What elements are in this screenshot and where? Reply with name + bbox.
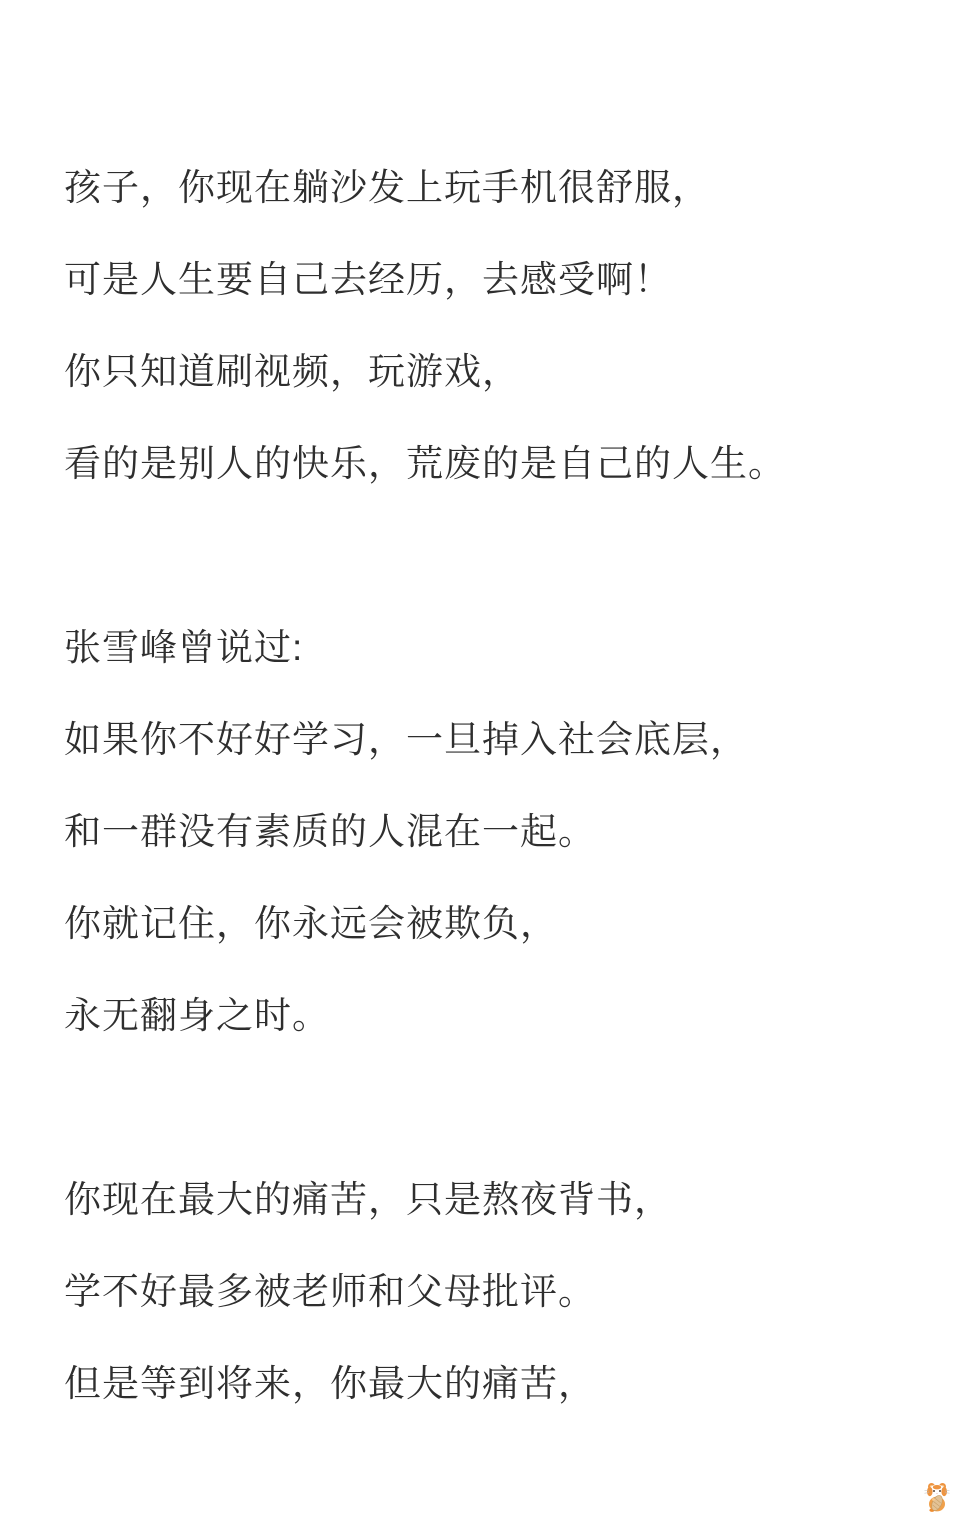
- text-line: 如果你不好好学习，一旦掉入社会底层，: [64, 694, 930, 786]
- text-line: 看的是别人的快乐，荒废的是自己的人生。: [64, 418, 930, 510]
- text-line: 你就记住，你永远会被欺负，: [64, 878, 930, 970]
- paragraph-3: 你现在最大的痛苦，只是熬夜背书， 学不好最多被老师和父母批评。 但是等到将来，你…: [64, 1154, 930, 1430]
- article-body: 孩子，你现在躺沙发上玩手机很舒服， 可是人生要自己去经历，去感受啊！ 你只知道刷…: [64, 142, 930, 1430]
- hamster-sticker-icon: [923, 1482, 951, 1512]
- paragraph-2: 张雪峰曾说过: 如果你不好好学习，一旦掉入社会底层， 和一群没有素质的人混在一起…: [64, 602, 930, 1062]
- text-line: 学不好最多被老师和父母批评。: [64, 1246, 930, 1338]
- text-line: 你现在最大的痛苦，只是熬夜背书，: [64, 1154, 930, 1246]
- text-line: 但是等到将来，你最大的痛苦，: [64, 1338, 930, 1430]
- text-line: 可是人生要自己去经历，去感受啊！: [64, 234, 930, 326]
- page: 孩子，你现在躺沙发上玩手机很舒服， 可是人生要自己去经历，去感受啊！ 你只知道刷…: [0, 0, 960, 1519]
- text-line: 孩子，你现在躺沙发上玩手机很舒服，: [64, 142, 930, 234]
- text-line: 和一群没有素质的人混在一起。: [64, 786, 930, 878]
- text-line: 张雪峰曾说过:: [64, 602, 930, 694]
- text-line: 你只知道刷视频，玩游戏，: [64, 326, 930, 418]
- text-line: 永无翻身之时。: [64, 970, 930, 1062]
- paragraph-1: 孩子，你现在躺沙发上玩手机很舒服， 可是人生要自己去经历，去感受啊！ 你只知道刷…: [64, 142, 930, 510]
